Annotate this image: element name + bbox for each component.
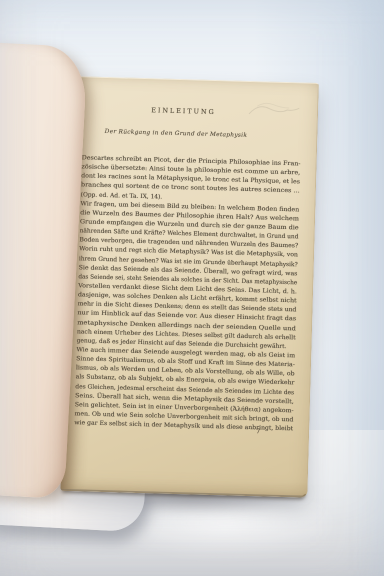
book-page: EINLEITUNG Der Rückgang in den Grund der… — [60, 76, 318, 498]
chapter-title: Der Rückgang in den Grund der Metaphysik — [66, 128, 285, 140]
photo-background: EINLEITUNG Der Rückgang in den Grund der… — [0, 0, 384, 576]
body-text: Descartes schreibt an Picot, der die Pri… — [74, 144, 301, 424]
text-line: Descartes schreibt an Picot, der die Pri… — [82, 144, 301, 159]
